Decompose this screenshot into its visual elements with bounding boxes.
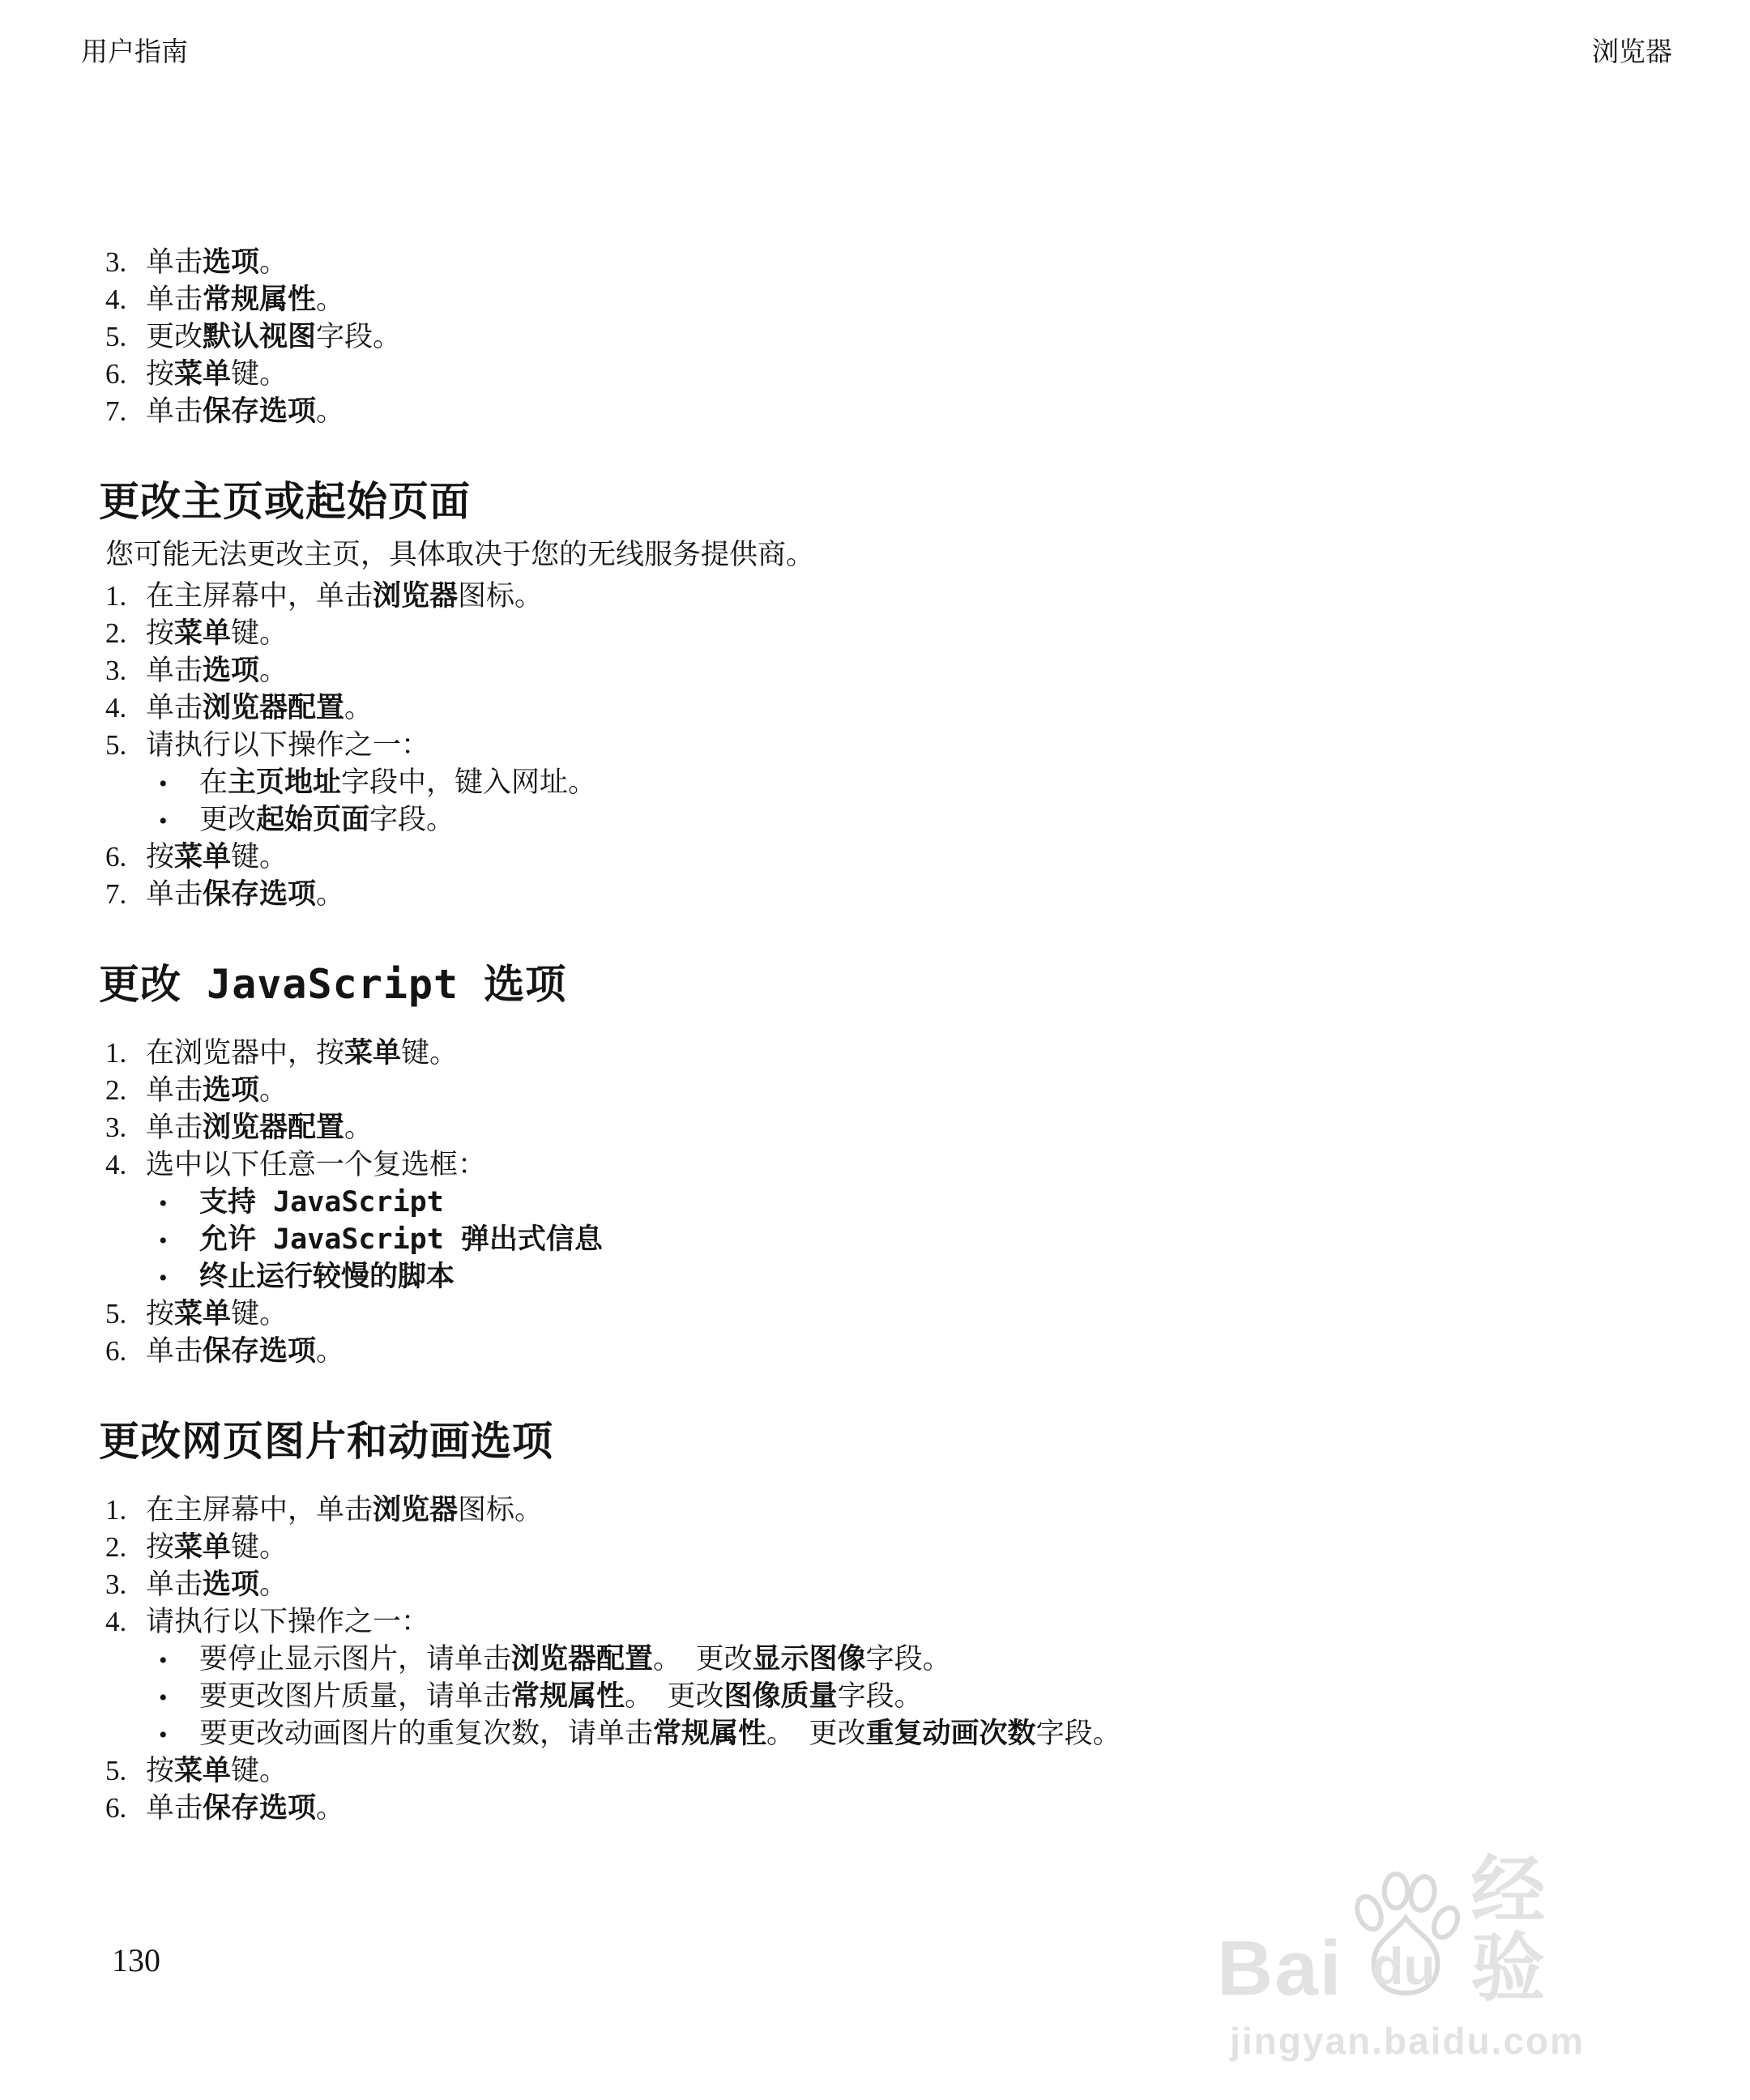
- step-text: 单击保存选项。: [146, 1329, 1669, 1369]
- numbered-step: 1.在主屏幕中，单击浏览器图标。: [81, 1487, 1669, 1525]
- step-text: 按菜单键。: [146, 611, 1669, 651]
- step-number: 5.: [105, 1755, 146, 1787]
- step-text: 单击选项。: [146, 1562, 1669, 1603]
- emphasized-text: 重复动画次数: [866, 1718, 1036, 1750]
- text-segment: 在主屏幕中，单击: [146, 1494, 373, 1526]
- emphasized-text: 浏览器配置: [203, 692, 344, 724]
- numbered-step: 3.单击选项。: [81, 240, 1669, 277]
- bullet-item: •允许 JavaScript 弹出式信息: [81, 1217, 1669, 1254]
- text-segment: 单击: [146, 395, 203, 427]
- step-number: 6.: [105, 1792, 146, 1825]
- numbered-step: 6.单击保存选项。: [81, 1329, 1669, 1366]
- step-text: 单击浏览器配置。: [146, 685, 1669, 726]
- watermark-url: jingyan.baidu.com: [1217, 2019, 1598, 2063]
- step-number: 3.: [105, 1569, 146, 1601]
- numbered-step: 3.单击选项。: [81, 648, 1669, 685]
- emphasized-text: 菜单: [344, 1037, 401, 1069]
- text-segment: 单击: [146, 1335, 203, 1367]
- text-segment: 字段。: [369, 804, 455, 835]
- step-number: 3.: [105, 655, 146, 687]
- text-segment: 按: [146, 358, 174, 390]
- text-segment: 按: [146, 1755, 174, 1786]
- emphasized-text: 主页地址: [228, 766, 341, 799]
- bullet-item: •终止运行较慢的脚本: [81, 1254, 1669, 1291]
- emphasized-text: 选项: [203, 246, 259, 279]
- text-segment: 。: [316, 1792, 344, 1824]
- emphasized-text: 选项: [203, 1569, 259, 1601]
- emphasized-text: 显示图像: [753, 1643, 866, 1675]
- text-segment: 字段。: [866, 1643, 951, 1675]
- step-number: 5.: [105, 321, 146, 353]
- step-text: 按菜单键。: [146, 352, 1669, 392]
- emphasized-text: 默认视图: [203, 321, 316, 353]
- text-segment: 按: [146, 1531, 174, 1563]
- text-segment: 更改: [146, 321, 203, 352]
- step-text: 单击常规属性。: [146, 277, 1669, 318]
- text-segment: 要停止显示图片，请单击: [199, 1643, 511, 1675]
- watermark-brand-row: Bai du 经验: [1217, 1852, 1598, 2008]
- step-text: 单击选项。: [146, 240, 1669, 280]
- numbered-step: 2.按菜单键。: [81, 1525, 1669, 1562]
- page: { "header": { "left": "用户指南", "right": "…: [0, 0, 1750, 2100]
- step-number: 1.: [105, 580, 146, 612]
- numbered-step: 5.按菜单键。: [81, 1291, 1669, 1329]
- text-segment: 键。: [401, 1037, 458, 1069]
- emphasized-text: 保存选项: [203, 395, 316, 428]
- baidu-jingyan-watermark: Bai du 经验 jingyan.baidu.com: [1217, 1852, 1598, 2063]
- step-text: 按菜单键。: [146, 834, 1669, 875]
- step-text: 选中以下任意一个复选框：: [146, 1142, 1669, 1183]
- text-segment: 单击: [146, 1074, 203, 1106]
- text-segment: 单击: [146, 1792, 203, 1824]
- section-heading: 更改 JavaScript 选项: [99, 961, 1669, 1008]
- step-number: 3.: [105, 246, 146, 279]
- text-segment: 要更改图片质量，请单击: [199, 1680, 511, 1712]
- text-segment: 。: [344, 1112, 373, 1143]
- step-number: 7.: [105, 395, 146, 428]
- numbered-step: 4.选中以下任意一个复选框：: [81, 1142, 1669, 1180]
- text-segment: 请执行以下操作之一：: [146, 1606, 429, 1637]
- text-segment: 单击: [146, 1112, 203, 1143]
- step-text: 按菜单键。: [146, 1748, 1669, 1789]
- text-segment: 按: [146, 617, 174, 649]
- emphasized-text: 浏览器: [373, 580, 458, 612]
- emphasized-text: 选项: [203, 1074, 259, 1107]
- text-segment: 键。: [231, 358, 288, 390]
- guide-section: 更改主页或起始页面您可能无法更改主页，具体取决于您的无线服务提供商。1.在主屏幕…: [81, 478, 1669, 909]
- section-intro: 您可能无法更改主页，具体取决于您的无线服务提供商。: [105, 536, 1669, 574]
- step-number: 7.: [105, 878, 146, 911]
- bullet-text: 在主页地址字段中，键入网址。: [199, 760, 596, 800]
- step-number: 1.: [105, 1494, 146, 1526]
- step-text: 单击保存选项。: [146, 872, 1669, 912]
- step-number: 4.: [105, 1149, 146, 1181]
- text-segment: 在主屏幕中，单击: [146, 580, 373, 612]
- numbered-step: 1.在主屏幕中，单击浏览器图标。: [81, 574, 1669, 611]
- step-number: 4.: [105, 1606, 146, 1638]
- bullet-item: •要更改图片质量，请单击常规属性。 更改图像质量字段。: [81, 1674, 1669, 1711]
- step-text: 单击浏览器配置。: [146, 1105, 1669, 1146]
- text-segment: 。: [316, 284, 344, 315]
- step-text: 请执行以下操作之一：: [146, 723, 1669, 763]
- emphasized-text: 常规属性: [203, 284, 316, 316]
- numbered-step: 2.单击选项。: [81, 1068, 1669, 1105]
- guide-section: 更改 JavaScript 选项1.在浏览器中，按菜单键。2.单击选项。3.单击…: [81, 961, 1669, 1366]
- text-segment: 图标。: [458, 1494, 543, 1526]
- emphasized-text: 选项: [203, 655, 259, 687]
- step-text: 单击选项。: [146, 648, 1669, 689]
- numbered-step: 6.按菜单键。: [81, 352, 1669, 389]
- numbered-step: 5.更改默认视图字段。: [81, 314, 1669, 352]
- bullet-icon: •: [159, 1647, 199, 1675]
- text-segment: 。 更改: [653, 1643, 753, 1675]
- text-segment: 键。: [231, 1755, 288, 1786]
- numbered-step: 5.请执行以下操作之一：: [81, 723, 1669, 760]
- bullet-text: 要更改动画图片的重复次数，请单击常规属性。 更改重复动画次数字段。: [199, 1711, 1121, 1752]
- emphasized-text: 浏览器: [373, 1494, 458, 1526]
- emphasized-text: 支持 JavaScript: [199, 1186, 444, 1219]
- emphasized-text: 浏览器配置: [511, 1643, 653, 1675]
- step-number: 2.: [105, 1531, 146, 1564]
- text-segment: 键。: [231, 1298, 288, 1330]
- bullet-text: 要停止显示图片，请单击浏览器配置。 更改显示图像字段。: [199, 1637, 951, 1677]
- text-segment: 字段。: [316, 321, 401, 352]
- text-segment: 。 更改: [625, 1680, 724, 1712]
- emphasized-text: 常规属性: [653, 1718, 766, 1750]
- step-text: 按菜单键。: [146, 1525, 1669, 1565]
- bullet-text: 终止运行较慢的脚本: [199, 1254, 455, 1295]
- bullet-icon: •: [159, 1684, 199, 1712]
- bullet-icon: •: [159, 808, 199, 835]
- text-segment: 键。: [231, 1531, 288, 1563]
- emphasized-text: 允许 JavaScript 弹出式信息: [199, 1223, 603, 1256]
- section-heading: 更改主页或起始页面: [99, 478, 1669, 525]
- emphasized-text: 起始页面: [256, 804, 369, 836]
- section-heading: 更改网页图片和动画选项: [99, 1418, 1669, 1465]
- emphasized-text: 菜单: [174, 1531, 231, 1564]
- text-segment: 键。: [231, 617, 288, 649]
- text-segment: 选中以下任意一个复选框：: [146, 1149, 486, 1180]
- text-segment: 。: [259, 246, 288, 278]
- document-body: 3.单击选项。4.单击常规属性。5.更改默认视图字段。6.按菜单键。7.单击保存…: [0, 240, 1750, 1823]
- page-number: 130: [112, 1941, 160, 1979]
- text-segment: 键。: [231, 841, 288, 873]
- numbered-step: 4.单击浏览器配置。: [81, 685, 1669, 723]
- text-segment: 图标。: [458, 580, 543, 612]
- numbered-step: 4.单击常规属性。: [81, 277, 1669, 314]
- baidu-paw-icon: du: [1342, 1872, 1464, 2008]
- step-text: 在浏览器中，按菜单键。: [146, 1031, 1669, 1071]
- step-number: 6.: [105, 358, 146, 391]
- emphasized-text: 浏览器配置: [203, 1112, 344, 1144]
- text-segment: 更改: [199, 804, 256, 835]
- text-segment: 。: [316, 1335, 344, 1367]
- text-segment: 。: [259, 1074, 288, 1106]
- step-number: 2.: [105, 1074, 146, 1107]
- text-segment: 单击: [146, 1569, 203, 1600]
- emphasized-text: 菜单: [174, 358, 231, 391]
- text-segment: 单击: [146, 246, 203, 278]
- step-number: 2.: [105, 617, 146, 650]
- emphasized-text: 菜单: [174, 1755, 231, 1787]
- text-segment: 。: [259, 1569, 288, 1600]
- step-text: 在主屏幕中，单击浏览器图标。: [146, 574, 1669, 614]
- step-text: 按菜单键。: [146, 1291, 1669, 1332]
- emphasized-text: 常规属性: [511, 1680, 625, 1713]
- text-segment: 字段。: [1036, 1718, 1121, 1749]
- watermark-bai-text: Bai: [1217, 1930, 1342, 2008]
- step-number: 3.: [105, 1112, 146, 1144]
- bullet-text: 允许 JavaScript 弹出式信息: [199, 1217, 603, 1257]
- text-segment: 字段中，键入网址。: [341, 766, 596, 798]
- bullet-icon: •: [159, 1265, 199, 1292]
- numbered-step: 3.单击浏览器配置。: [81, 1105, 1669, 1142]
- page-header: 用户指南 浏览器: [0, 0, 1750, 68]
- text-segment: 。: [316, 878, 344, 910]
- bullet-item: •要停止显示图片，请单击浏览器配置。 更改显示图像字段。: [81, 1637, 1669, 1674]
- text-segment: 。: [259, 655, 288, 686]
- text-segment: 在浏览器中，按: [146, 1037, 344, 1069]
- numbered-step: 5.按菜单键。: [81, 1748, 1669, 1786]
- step-text: 单击保存选项。: [146, 389, 1669, 429]
- text-segment: 单击: [146, 655, 203, 686]
- bullet-icon: •: [159, 1722, 199, 1749]
- bullet-item: •支持 JavaScript: [81, 1180, 1669, 1217]
- step-number: 6.: [105, 841, 146, 873]
- bullet-text: 要更改图片质量，请单击常规属性。 更改图像质量字段。: [199, 1674, 923, 1714]
- header-left-label: 用户指南: [81, 37, 188, 68]
- emphasized-text: 菜单: [174, 1298, 231, 1330]
- numbered-step: 1.在浏览器中，按菜单键。: [81, 1031, 1669, 1068]
- text-segment: 字段。: [838, 1680, 923, 1712]
- step-number: 4.: [105, 284, 146, 316]
- step-text: 在主屏幕中，单击浏览器图标。: [146, 1487, 1669, 1528]
- watermark-du-text: du: [1372, 1936, 1435, 1996]
- text-segment: 要更改动画图片的重复次数，请单击: [199, 1718, 653, 1749]
- numbered-step: 4.请执行以下操作之一：: [81, 1599, 1669, 1637]
- bullet-item: •更改起始页面字段。: [81, 797, 1669, 834]
- step-number: 5.: [105, 729, 146, 762]
- text-segment: 单击: [146, 692, 203, 723]
- numbered-step: 7.单击保存选项。: [81, 872, 1669, 909]
- emphasized-text: 菜单: [174, 617, 231, 650]
- text-segment: 单击: [146, 878, 203, 910]
- emphasized-text: 菜单: [174, 841, 231, 873]
- text-segment: 。 更改: [766, 1718, 866, 1749]
- step-number: 1.: [105, 1037, 146, 1069]
- emphasized-text: 图像质量: [724, 1680, 838, 1713]
- numbered-step: 6.按菜单键。: [81, 834, 1669, 872]
- numbered-step: 7.单击保存选项。: [81, 389, 1669, 426]
- text-segment: 按: [146, 841, 174, 873]
- header-right-label: 浏览器: [1592, 37, 1672, 68]
- emphasized-text: 保存选项: [203, 878, 316, 911]
- text-segment: 。: [344, 692, 373, 723]
- step-text: 单击选项。: [146, 1068, 1669, 1108]
- bullet-icon: •: [159, 770, 199, 798]
- text-segment: 。: [316, 395, 344, 427]
- bullet-item: •在主页地址字段中，键入网址。: [81, 760, 1669, 797]
- step-number: 6.: [105, 1335, 146, 1368]
- text-segment: 请执行以下操作之一：: [146, 729, 429, 761]
- guide-section: 更改网页图片和动画选项1.在主屏幕中，单击浏览器图标。2.按菜单键。3.单击选项…: [81, 1418, 1669, 1823]
- numbered-step: 6.单击保存选项。: [81, 1786, 1669, 1823]
- bullet-item: •要更改动画图片的重复次数，请单击常规属性。 更改重复动画次数字段。: [81, 1711, 1669, 1748]
- text-segment: 在: [199, 766, 228, 798]
- step-text: 请执行以下操作之一：: [146, 1599, 1669, 1640]
- text-segment: 单击: [146, 284, 203, 315]
- bullet-icon: •: [159, 1227, 199, 1255]
- bullet-text: 支持 JavaScript: [199, 1180, 444, 1220]
- step-text: 更改默认视图字段。: [146, 314, 1669, 355]
- step-text: 单击保存选项。: [146, 1786, 1669, 1826]
- text-segment: 按: [146, 1298, 174, 1330]
- emphasized-text: 保存选项: [203, 1792, 316, 1825]
- guide-section: 3.单击选项。4.单击常规属性。5.更改默认视图字段。6.按菜单键。7.单击保存…: [81, 240, 1669, 426]
- step-number: 4.: [105, 692, 146, 724]
- bullet-text: 更改起始页面字段。: [199, 797, 455, 838]
- numbered-step: 3.单击选项。: [81, 1562, 1669, 1599]
- emphasized-text: 保存选项: [203, 1335, 316, 1368]
- emphasized-text: 终止运行较慢的脚本: [199, 1261, 455, 1293]
- numbered-step: 2.按菜单键。: [81, 611, 1669, 648]
- watermark-jingyan-text: 经验: [1470, 1852, 1598, 2008]
- bullet-icon: •: [159, 1190, 199, 1218]
- step-number: 5.: [105, 1298, 146, 1330]
